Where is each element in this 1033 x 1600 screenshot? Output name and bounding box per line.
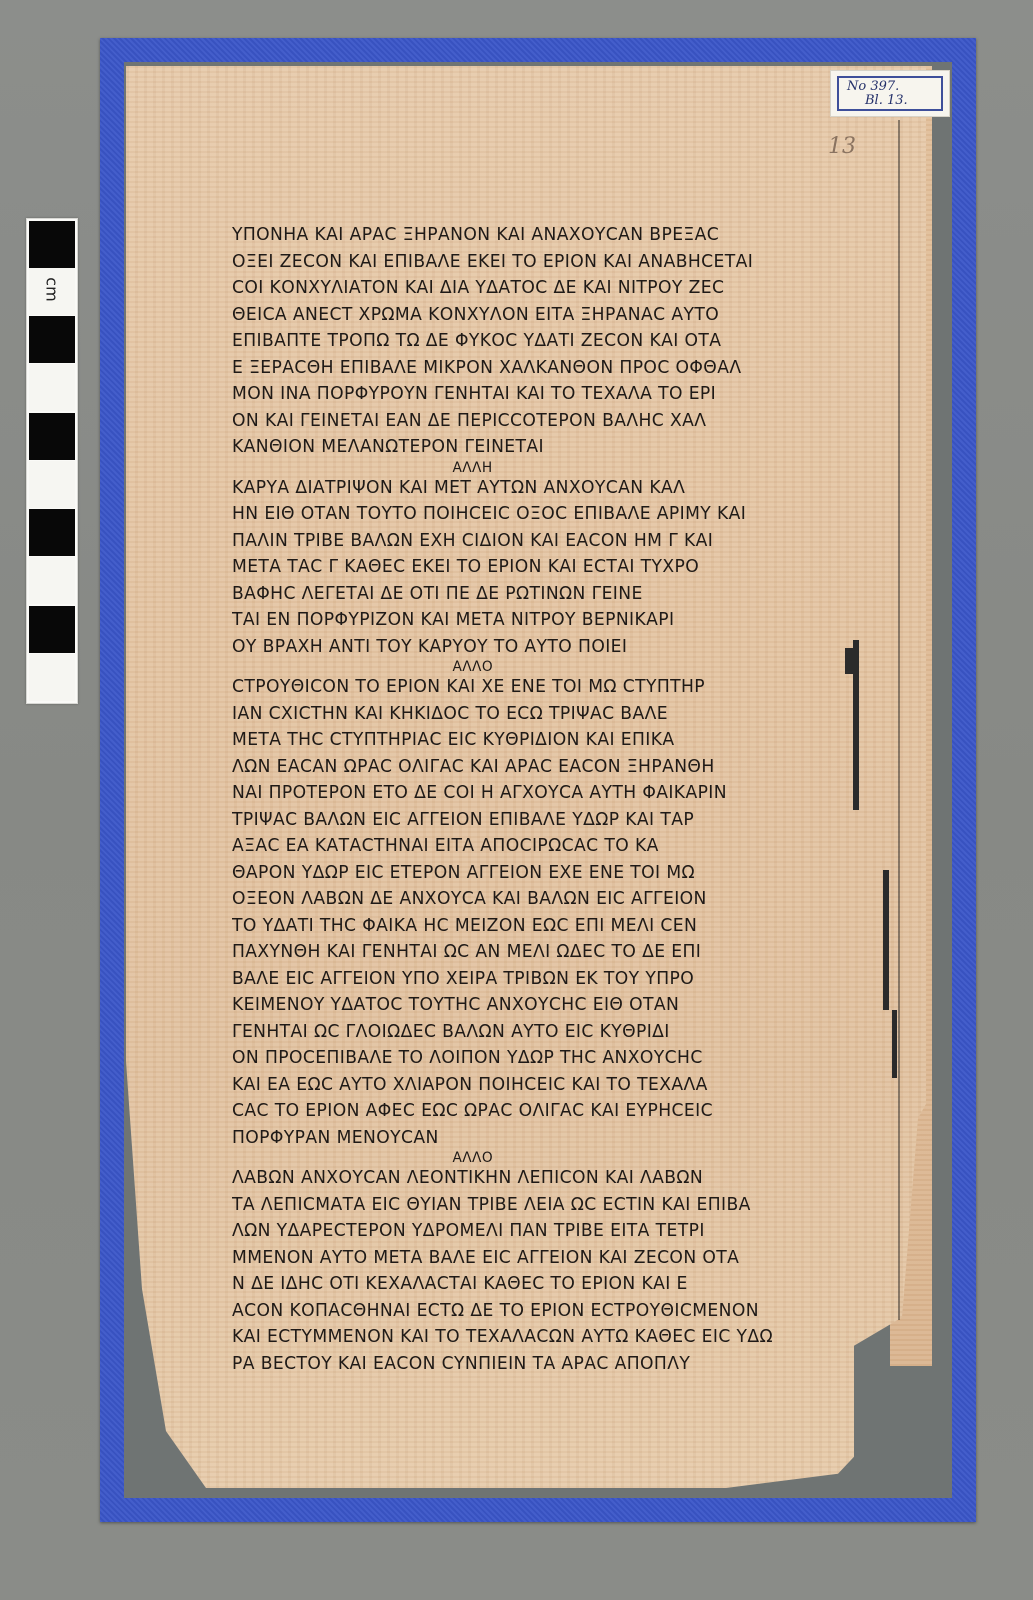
text-line: ΟΥ ΒΡΑΧΗ ΑΝΤΙ ΤΟΥ ΚΑΡΥΟΥ ΤΟ ΑΥΤΟ ΠΟΙΕΙ — [232, 634, 820, 661]
text-line: ΛΩΝ ΥΔΑΡΕϹΤΕΡΟΝ ΥΔΡΟΜΕΛΙ ΠΑΝ ΤΡΙΒΕ ΕΙΤΑ … — [232, 1218, 820, 1245]
text-line: ΛΑΒΩΝ ΑΝΧΟΥϹΑΝ ΛΕΟΝΤΙΚΗΝ ΛΕΠΙϹΟΝ ΚΑΙ ΛΑΒ… — [232, 1165, 820, 1192]
section-heading: ΑΛΛΟ — [232, 660, 820, 674]
text-line: ΒΑΦΗϹ ΛΕΓΕΤΑΙ ΔΕ ΟΤΙ ΠΕ ΔΕ ΡΩΤΙΝΩΝ ΓΕΙΝΕ — [232, 581, 820, 608]
text-line: ΘΕΙϹΑ ΑΝΕϹΤ ΧΡΩΜΑ ΚΟΝΧΥΛΟΝ ΕΙΤΑ ΞΗΡΑΝΑϹ … — [232, 302, 820, 329]
text-line: ΓΕΝΗΤΑΙ ΩϹ ΓΛΟΙΩΔΕϹ ΒΑΛΩΝ ΑΥΤΟ ΕΙϹ ΚΥΘΡΙ… — [232, 1019, 820, 1046]
text-line: ϹΤΡΟΥΘΙϹΟΝ ΤΟ ΕΡΙΟΝ ΚΑΙ ΧΕ ΕΝΕ ΤΟΙ ΜΩ ϹΤ… — [232, 674, 820, 701]
text-line: ΘΑΡΟΝ ΥΔΩΡ ΕΙϹ ΕΤΕΡΟΝ ΑΓΓΕΙΟΝ ΕΧΕ ΕΝΕ ΤΟ… — [232, 860, 820, 887]
text-line: ΤΡΙΨΑϹ ΒΑΛΩΝ ΕΙϹ ΑΓΓΕΙΟΝ ΕΠΙΒΑΛΕ ΥΔΩΡ ΚΑ… — [232, 807, 820, 834]
scale-segment-white: cm — [29, 268, 75, 315]
inventory-sheet: Bl. 13. — [847, 94, 933, 108]
scale-segment-white — [29, 654, 75, 701]
text-line: ΛΩΝ ΕΑϹΑΝ ΩΡΑϹ ΟΛΙΓΑϹ ΚΑΙ ΑΡΑϹ ΕΑϹΟΝ ΞΗΡ… — [232, 754, 820, 781]
text-line: ΜΕΤΑ ΤΗϹ ϹΤΥΠΤΗΡΙΑϹ ΕΙϹ ΚΥΘΡΙΔΙΟΝ ΚΑΙ ΕΠ… — [232, 727, 820, 754]
text-line: ΑϹΟΝ ΚΟΠΑϹΘΗΝΑΙ ΕϹΤΩ ΔΕ ΤΟ ΕΡΙΟΝ ΕϹΤΡΟΥΘ… — [232, 1298, 820, 1325]
scale-segment-black — [29, 509, 75, 556]
text-line: ΙΑΝ ϹΧΙϹΤΗΝ ΚΑΙ ΚΗΚΙΔΟϹ ΤΟ ΕϹΩ ΤΡΙΨΑϹ ΒΑ… — [232, 701, 820, 728]
text-line: ΠΟΡΦΥΡΑΝ ΜΕΝΟΥϹΑΝ — [232, 1125, 820, 1152]
text-line: ΑΞΑϹ ΕΑ ΚΑΤΑϹΤΗΝΑΙ ΕΙΤΑ ΑΠΟϹΙΡΩϹΑϹ ΤΟ ΚΑ — [232, 833, 820, 860]
section-heading: ΑΛΛΟ — [232, 1151, 820, 1165]
scale-segment-black — [29, 413, 75, 460]
text-line: ΚΑΡΥΑ ΔΙΑΤΡΙΨΟΝ ΚΑΙ ΜΕΤ ΑΥΤΩΝ ΑΝΧΟΥϹΑΝ Κ… — [232, 475, 820, 502]
text-line: ΠΑΧΥΝΘΗ ΚΑΙ ΓΕΝΗΤΑΙ ΩϹ ΑΝ ΜΕΛΙ ΩΔΕϹ ΤΟ Δ… — [232, 939, 820, 966]
text-line: ΠΑΛΙΝ ΤΡΙΒΕ ΒΑΛΩΝ ΕΧΗ ϹΙΔΙΟΝ ΚΑΙ ΕΑϹΟΝ Η… — [232, 528, 820, 555]
text-line: Ν ΔΕ ΙΔΗϹ ΟΤΙ ΚΕΧΑΛΑϹΤΑΙ ΚΑΘΕϹ ΤΟ ΕΡΙΟΝ … — [232, 1271, 820, 1298]
scale-segment-white — [29, 364, 75, 411]
page-number: 13 — [828, 134, 856, 159]
text-line: ΡΑ ΒΕϹΤΟΥ ΚΑΙ ΕΑϹΟΝ ϹΥΝΠΙΕΙΝ ΤΑ ΑΡΑϹ ΑΠΟ… — [232, 1351, 820, 1378]
section-heading: ΑΛΛΗ — [232, 461, 820, 475]
text-line: ΥΠΟΝΗΑ ΚΑΙ ΑΡΑϹ ΞΗΡΑΝΟΝ ΚΑΙ ΑΝΑΧΟΥϹΑΝ ΒΡ… — [232, 222, 820, 249]
inventory-number: No 397. — [847, 80, 933, 94]
papyrus-gap — [845, 648, 859, 674]
text-line: ΕΠΙΒΑΠΤΕ ΤΡΟΠΩ ΤΩ ΔΕ ΦΥΚΟϹ ΥΔΑΤΙ ΖΕϹΟΝ Κ… — [232, 328, 820, 355]
text-line: ϹΟΙ ΚΟΝΧΥΛΙΑΤΟΝ ΚΑΙ ΔΙΑ ΥΔΑΤΟϹ ΔΕ ΚΑΙ ΝΙ… — [232, 275, 820, 302]
text-line: ΟΝ ΚΑΙ ΓΕΙΝΕΤΑΙ ΕΑΝ ΔΕ ΠΕΡΙϹϹΟΤΕΡΟΝ ΒΑΛΗ… — [232, 408, 820, 435]
text-line: ΚΕΙΜΕΝΟΥ ΥΔΑΤΟϹ ΤΟΥΤΗϹ ΑΝΧΟΥϹΗϹ ΕΙΘ ΟΤΑΝ — [232, 992, 820, 1019]
text-line: ΜΟΝ ΙΝΑ ΠΟΡΦΥΡΟΥΝ ΓΕΝΗΤΑΙ ΚΑΙ ΤΟ ΤΕΧΑΛΑ … — [232, 381, 820, 408]
text-line: ΝΑΙ ΠΡΟΤΕΡΟΝ ΕΤΟ ΔΕ ϹΟΙ Η ΑΓΧΟΥϹΑ ΑΥΤΗ Φ… — [232, 780, 820, 807]
text-line: ΚΑΝΘΙΟΝ ΜΕΛΑΝΩΤΕΡΟΝ ΓΕΙΝΕΤΑΙ — [232, 434, 820, 461]
papyrus-gap — [892, 1010, 897, 1078]
text-line: ΚΑΙ ΕϹΤΥΜΜΕΝΟΝ ΚΑΙ ΤΟ ΤΕΧΑΛΑϹΩΝ ΑΥΤΩ ΚΑΘ… — [232, 1324, 820, 1351]
papyrus-gap — [883, 870, 889, 1010]
scale-segment-white — [29, 557, 75, 604]
text-line: ΜΜΕΝΟΝ ΑΥΤΟ ΜΕΤΑ ΒΑΛΕ ΕΙϹ ΑΓΓΕΙΟΝ ΚΑΙ ΖΕ… — [232, 1245, 820, 1272]
text-line: ϹΑϹ ΤΟ ΕΡΙΟΝ ΑΦΕϹ ΕΩϹ ΩΡΑϹ ΟΛΙΓΑϹ ΚΑΙ ΕΥ… — [232, 1098, 820, 1125]
text-line: ΤΟ ΥΔΑΤΙ ΤΗϹ ΦΑΙΚΑ ΗϹ ΜΕΙΖΟΝ ΕΩϹ ΕΠΙ ΜΕΛ… — [232, 913, 820, 940]
text-line: ΤΑΙ ΕΝ ΠΟΡΦΥΡΙΖΟΝ ΚΑΙ ΜΕΤΑ ΝΙΤΡΟΥ ΒΕΡΝΙΚ… — [232, 607, 820, 634]
papyrus-text: ΥΠΟΝΗΑ ΚΑΙ ΑΡΑϹ ΞΗΡΑΝΟΝ ΚΑΙ ΑΝΑΧΟΥϹΑΝ ΒΡ… — [232, 222, 820, 1377]
text-line: ΜΕΤΑ ΤΑϹ Γ ΚΑΘΕϹ ΕΚΕΙ ΤΟ ΕΡΙΟΝ ΚΑΙ ΕϹΤΑΙ… — [232, 554, 820, 581]
inventory-label: No 397. Bl. 13. — [830, 70, 950, 117]
text-line: ΤΑ ΛΕΠΙϹΜΑΤΑ ΕΙϹ ΘΥΙΑΝ ΤΡΙΒΕ ΛΕΙΑ ΩϹ ΕϹΤ… — [232, 1192, 820, 1219]
scale-segment-black — [29, 606, 75, 653]
centimeter-scale-bar: cm — [26, 218, 78, 704]
text-line: ΟΞΕΙ ΖΕϹΟΝ ΚΑΙ ΕΠΙΒΑΛΕ ΕΚΕΙ ΤΟ ΕΡΙΟΝ ΚΑΙ… — [232, 249, 820, 276]
text-line: ΚΑΙ ΕΑ ΕΩϹ ΑΥΤΟ ΧΛΙΑΡΟΝ ΠΟΙΗϹΕΙϹ ΚΑΙ ΤΟ … — [232, 1072, 820, 1099]
scale-segment-black — [29, 221, 75, 268]
papyrus-seam — [898, 120, 900, 1320]
scale-segment-black — [29, 316, 75, 363]
text-line: ΟΝ ΠΡΟϹΕΠΙΒΑΛΕ ΤΟ ΛΟΙΠΟΝ ΥΔΩΡ ΤΗϹ ΑΝΧΟΥϹ… — [232, 1045, 820, 1072]
scale-segment-white — [29, 461, 75, 508]
scale-unit-label: cm — [43, 267, 62, 313]
text-line: Ε ΞΕΡΑϹΘΗ ΕΠΙΒΑΛΕ ΜΙΚΡΟΝ ΧΑΛΚΑΝΘΟΝ ΠΡΟϹ … — [232, 355, 820, 382]
text-line: ΗΝ ΕΙΘ ΟΤΑΝ ΤΟΥΤΟ ΠΟΙΗϹΕΙϹ ΟΞΟϹ ΕΠΙΒΑΛΕ … — [232, 501, 820, 528]
text-line: ΟΞΕΟΝ ΛΑΒΩΝ ΔΕ ΑΝΧΟΥϹΑ ΚΑΙ ΒΑΛΩΝ ΕΙϹ ΑΓΓ… — [232, 886, 820, 913]
text-line: ΒΑΛΕ ΕΙϹ ΑΓΓΕΙΟΝ ΥΠΟ ΧΕΙΡΑ ΤΡΙΒΩΝ ΕΚ ΤΟΥ… — [232, 966, 820, 993]
